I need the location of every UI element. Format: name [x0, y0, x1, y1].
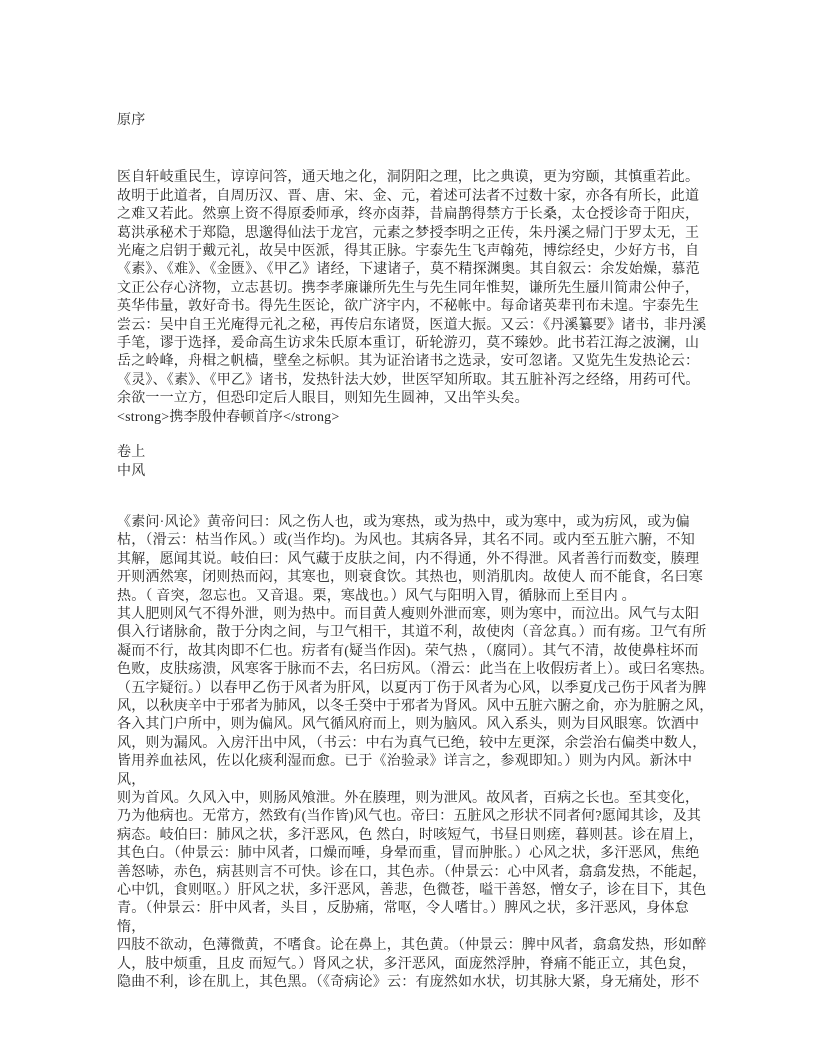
volume-heading: 卷上 — [117, 444, 717, 462]
body-paragraph: 《素问·风论》黄帝问曰：风之伤人也，或为寒热，或为热中，或为寒中，或为疠风，或为… — [117, 514, 717, 993]
section-headings: 卷上 中风 — [117, 444, 716, 481]
preface-signature-line: <strong>携李殷仲春顿首序</strong> — [117, 409, 717, 427]
chapter-heading: 中风 — [117, 463, 717, 481]
page-title: 原序 — [117, 112, 717, 130]
document-page: 原序 医自轩岐重民生，谆谆问答，通天地之化，洞阴阳之理，比之典谟，更为穷颐，其慎… — [0, 0, 816, 1056]
preface-paragraph: 医自轩岐重民生，谆谆问答，通天地之化，洞阴阳之理，比之典谟，更为穷颐，其慎重若此… — [117, 169, 717, 408]
